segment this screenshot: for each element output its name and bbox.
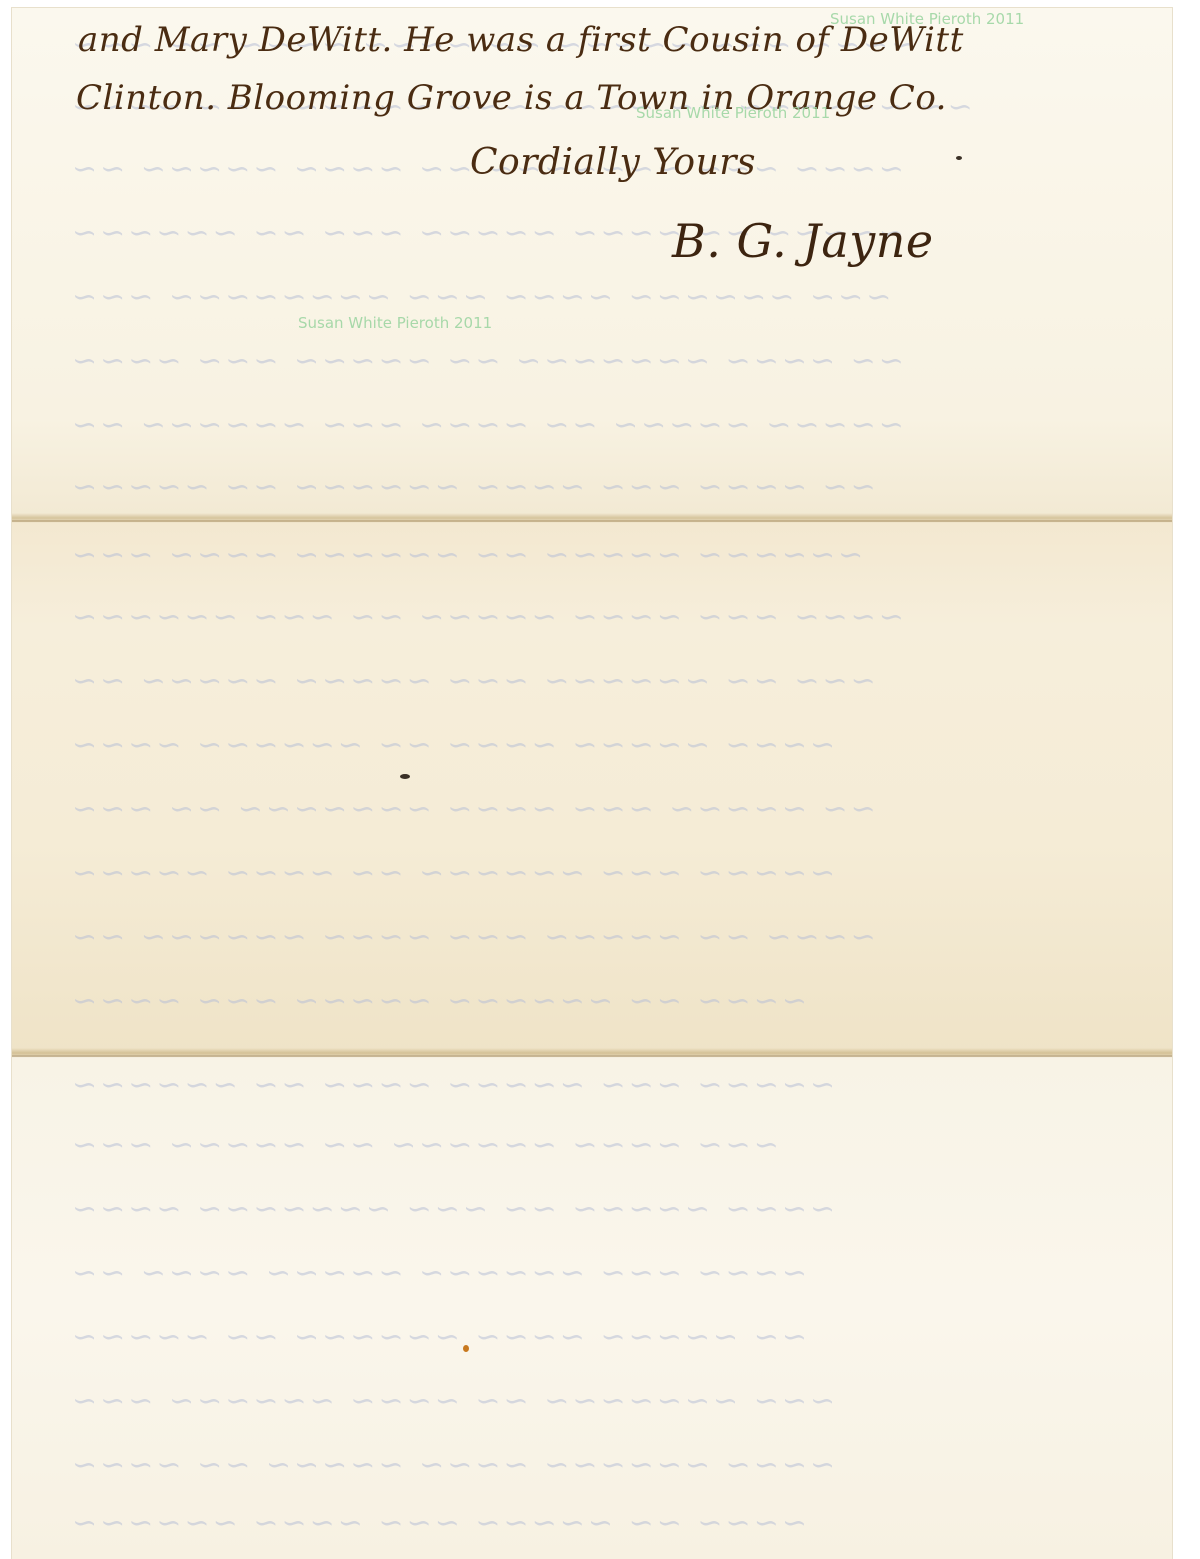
bleed-through-line: ~~~~~ ~~~~ ~~ ~~~~~~ ~~~ ~~~~~ [72, 856, 1132, 891]
bleed-through-line: ~~ ~~~~~ ~~~~~ ~~~ ~~~~~~ ~~ ~~~ [72, 664, 1132, 699]
bleed-through-line: ~~~~~~ ~~~~ ~~~ ~~~~~ ~~ ~~~~ [72, 1506, 1132, 1541]
bleed-through-line: ~~~~ ~~ ~~~~~ ~~~~ ~~~~~~ ~~~~ [72, 1448, 1132, 1483]
ink-speck [956, 156, 962, 160]
fold-line-lower [12, 1055, 1172, 1057]
bleed-through-line: ~~~~ ~~~~~~ ~~ ~~~~ ~~~~~ ~~~~ [72, 728, 1132, 763]
bleed-through-line: ~~~~~~ ~~ ~~~~ ~~~~~ ~~~ ~~~~~ [72, 1068, 1132, 1103]
bleed-through-line: ~~~ ~~~~~ ~~ ~~~~~~ ~~~~ ~~~ [72, 1128, 1132, 1163]
bleed-through-line: ~~~~ ~~~~~~~ ~~~ ~~ ~~~~~ ~~~~ [72, 1192, 1132, 1227]
bleed-through-line: ~~~ ~~~~~~~~ ~~~ ~~~~ ~~~~~~ ~~~ [72, 280, 1132, 315]
watermark: Susan White Pieroth 2011 [830, 10, 1024, 28]
bleed-through-line: ~~~~~~ ~~~ ~~ ~~~~~ ~~~~ ~~~ ~~~~ [72, 600, 1132, 635]
watermark: Susan White Pieroth 2011 [636, 104, 830, 122]
bleed-through-line: ~~ ~~~~ ~~~~~ ~~~~~~ ~~~ ~~~~ [72, 1256, 1132, 1291]
bleed-through-line: ~~~~~~ ~~ ~~~ ~~~~~ ~~~~ ~~ ~~~~~ [72, 216, 1132, 251]
bleed-through-line: ~~~ ~~~~ ~~~~~~ ~~ ~~~~~ ~~~~~~ [72, 538, 1132, 573]
bleed-through-line: ~~~ ~~~~~~ ~~~~ ~~ ~~~~~~~ ~~~ [72, 1384, 1132, 1419]
watermark: Susan White Pieroth 2011 [298, 314, 492, 332]
bleed-through-line: ~~~~~ ~~ ~~~~~~ ~~~~ ~~~ ~~~~ ~~ [72, 470, 1132, 505]
rust-spot [463, 1345, 469, 1352]
bleed-through-line: ~~ ~~~~~~ ~~~ ~~~~ ~~ ~~~~~ ~~~~~ [72, 408, 1132, 443]
letter-signature: B. G. Jayne [672, 214, 934, 268]
bleed-through-line: ~~~~~ ~~ ~~~~~~ ~~~~ ~~~~~ ~~ [72, 1320, 1132, 1355]
bleed-through-line: ~~~~ ~~~ ~~~~~ ~~~~~~ ~~ ~~~~ [72, 984, 1132, 1019]
letter-page: ~~~ ~~ ~~~~ ~~~~ ~~ ~~~~~ ~~~ ~~~~ ~~~~ … [12, 8, 1172, 1559]
fold-line-upper [12, 520, 1172, 522]
letter-closing: Cordially Yours [470, 142, 756, 183]
ink-speck [400, 774, 410, 779]
bleed-through-line: ~~~~ ~~~ ~~~~~ ~~ ~~~~~~~ ~~~~ ~~ [72, 344, 1132, 379]
bleed-through-line: ~~~ ~~ ~~~~~~~ ~~~~ ~~~ ~~~~~ ~~ [72, 792, 1132, 827]
bleed-through-line: ~~ ~~~~~~ ~~~~ ~~~ ~~~~~ ~~ ~~~~ [72, 920, 1132, 955]
